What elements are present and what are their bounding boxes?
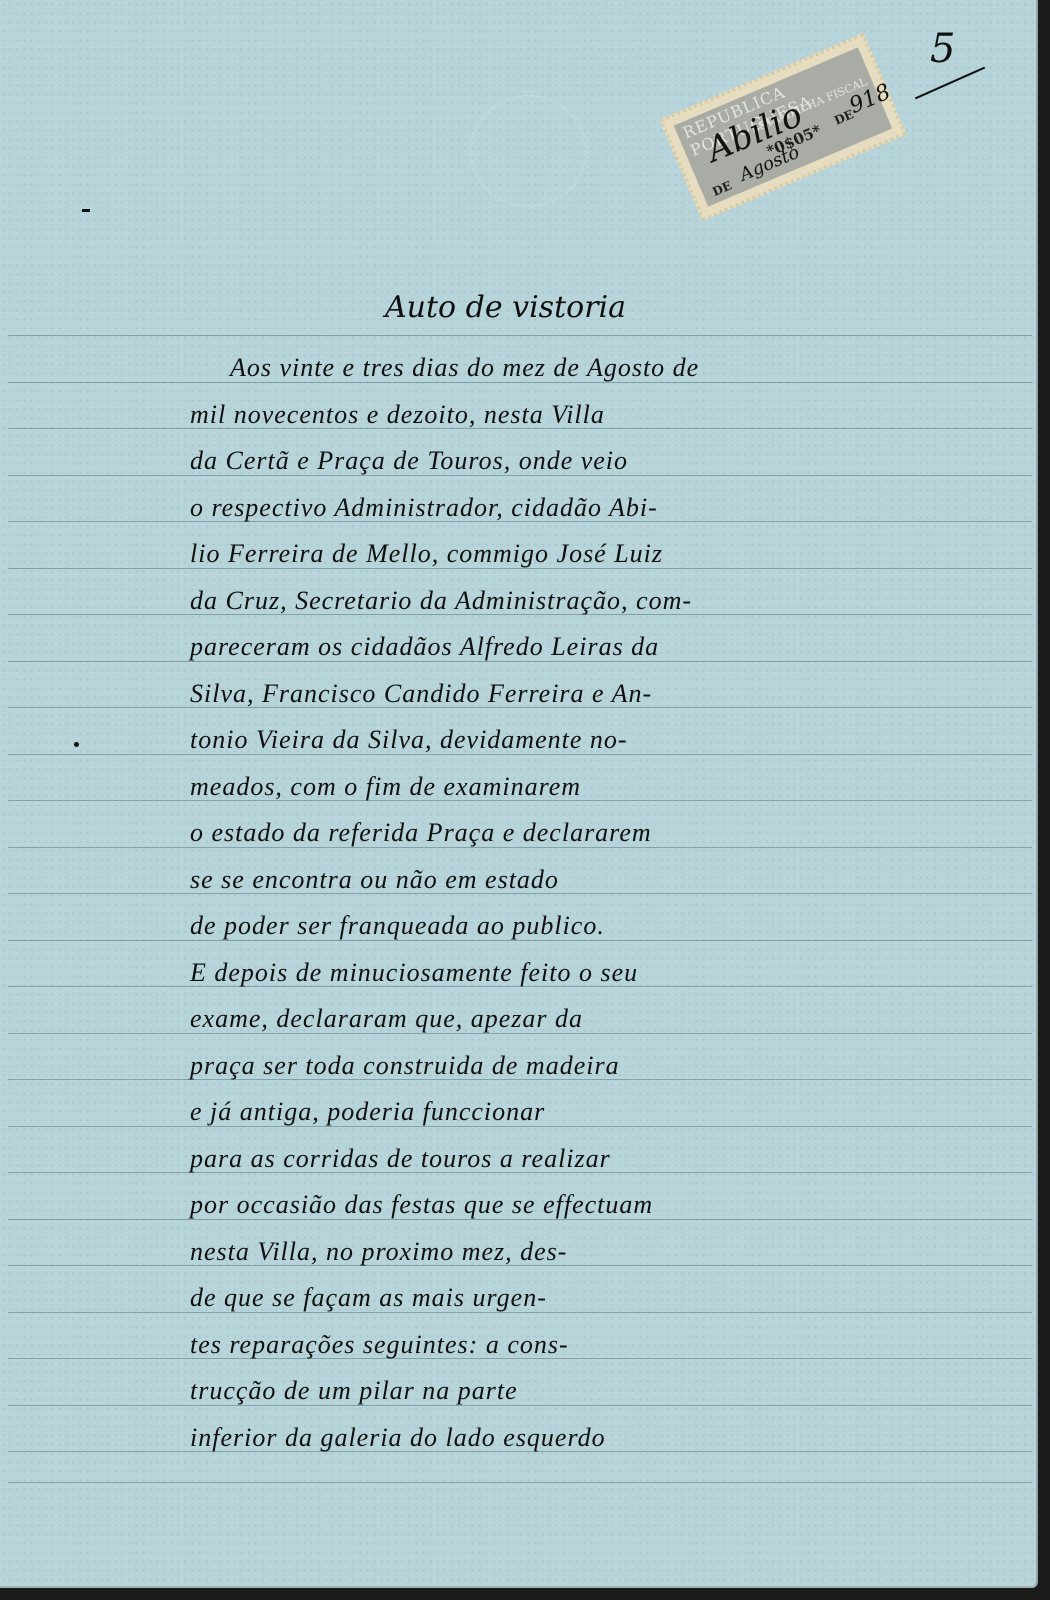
- ruled-line: [8, 1482, 1032, 1483]
- text-line: mil novecentos e dezoito, nesta Villa: [190, 402, 880, 428]
- text-line: exame, declararam que, apezar da: [190, 1006, 880, 1032]
- document-title: Auto de vistoria: [385, 290, 626, 325]
- text-line: nesta Villa, no proximo mez, des-: [190, 1239, 880, 1265]
- text-line: Aos vinte e tres dias do mez de Agosto d…: [230, 355, 920, 381]
- text-line: tonio Vieira da Silva, devidamente no-: [190, 727, 880, 753]
- ruled-line: [8, 661, 1032, 662]
- text-line: o respectivo Administrador, cidadão Abi-: [190, 495, 880, 521]
- text-line: meados, com o fim de examinarem: [190, 774, 880, 800]
- fiscal-stamp: REPUBLICA PORTUGUESA ESTAMPILHA FISCAL *…: [659, 33, 906, 221]
- text-line: para as corridas de touros a realizar: [190, 1146, 880, 1172]
- text-line: de que se façam as mais urgen-: [190, 1285, 880, 1311]
- text-line: praça ser toda construida de madeira: [190, 1053, 880, 1079]
- ruled-line: [8, 1126, 1032, 1127]
- text-line: lio Ferreira de Mello, commigo José Luiz: [190, 541, 880, 567]
- page-number: 5: [930, 26, 955, 72]
- text-line: da Cruz, Secretario da Administração, co…: [190, 588, 880, 614]
- text-line: inferior da galeria do lado esquerdo: [190, 1425, 880, 1451]
- embossed-seal: [470, 95, 587, 207]
- text-line: E depois de minuciosamente feito o seu: [190, 960, 880, 986]
- text-line: da Certã e Praça de Touros, onde veio: [190, 448, 880, 474]
- text-line: trucção de um pilar na parte: [190, 1378, 880, 1404]
- stamp-date-prefix: DE: [710, 178, 733, 199]
- ruled-line: [8, 475, 1032, 476]
- ruled-line: [8, 382, 1032, 383]
- ruled-line: [8, 847, 1032, 848]
- ruled-line: [8, 1219, 1032, 1220]
- text-line: Silva, Francisco Candido Ferreira e An-: [190, 681, 880, 707]
- ruled-line: [8, 1033, 1032, 1034]
- text-line: o estado da referida Praça e declararem: [190, 820, 880, 846]
- text-line: pareceram os cidadãos Alfredo Leiras da: [190, 634, 880, 660]
- margin-mark: [74, 742, 79, 747]
- ruled-line: [8, 940, 1032, 941]
- ruled-line: [8, 568, 1032, 569]
- text-line: tes reparações seguintes: a cons-: [190, 1332, 880, 1358]
- ruled-line: [8, 754, 1032, 755]
- ruled-line: [8, 1405, 1032, 1406]
- text-line: por occasião das festas que se effectuam: [190, 1192, 880, 1218]
- text-line: se se encontra ou não em estado: [190, 867, 880, 893]
- document-page: 5 REPUBLICA PORTUGUESA ESTAMPILHA FISCAL…: [0, 0, 1038, 1588]
- ruled-line: [8, 1312, 1032, 1313]
- text-line: e já antiga, poderia funccionar: [190, 1099, 880, 1125]
- ruled-line: [8, 335, 1032, 336]
- text-line: de poder ser franqueada ao publico.: [190, 913, 880, 939]
- margin-mark: [82, 209, 90, 212]
